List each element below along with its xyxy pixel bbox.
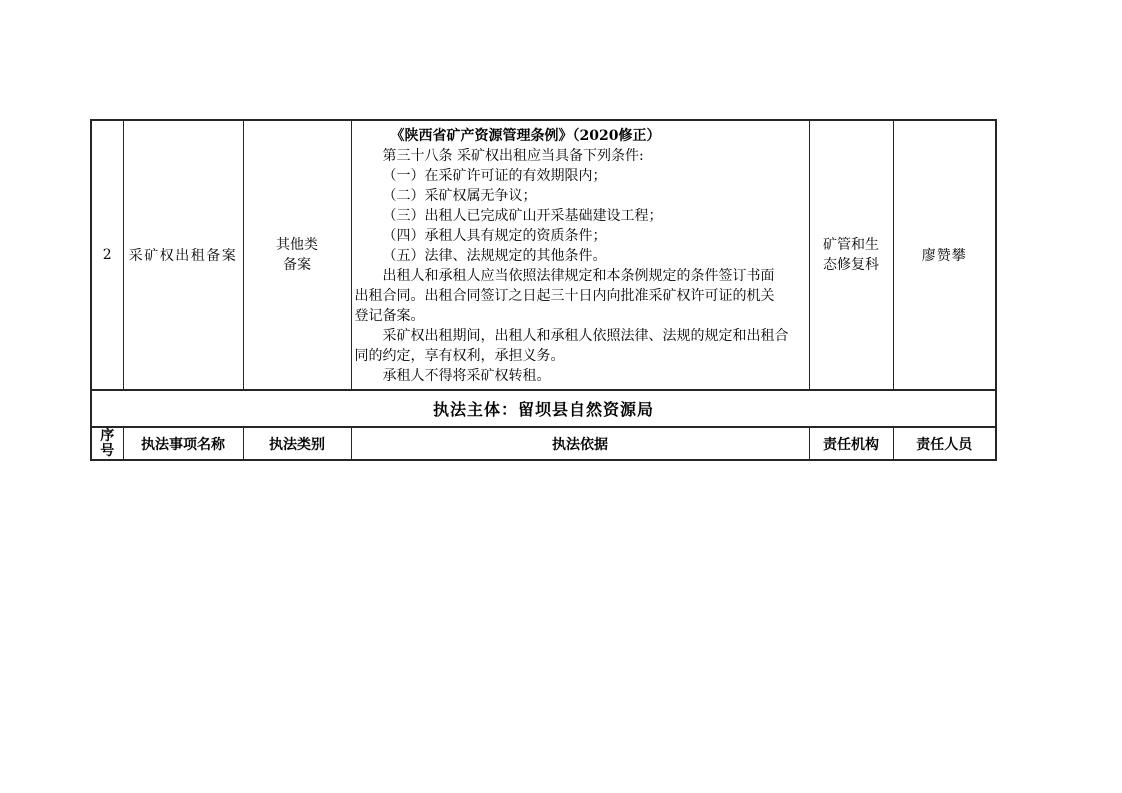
header-item-name: 执法事项名称 [123, 427, 243, 460]
cell-enforcement-category: 其他类 备案 [243, 120, 351, 390]
cell-legal-basis: 《陕西省矿产资源管理条例》（2020修正）第三十八条 采矿权出租应当具备下列条件… [351, 120, 809, 390]
table-row-item-2: 2 采矿权出租备案 其他类 备案 《陕西省矿产资源管理条例》（2020修正）第三… [91, 120, 996, 390]
law-line: 第三十八条 采矿权出租应当具备下列条件: [355, 146, 806, 166]
section-title-row: 执法主体：留坝县自然资源局 [91, 390, 996, 427]
section-title: 执法主体：留坝县自然资源局 [91, 390, 996, 427]
law-line: （三）出租人已完成矿山开采基础建设工程； [355, 206, 806, 226]
header-responsible-department: 责任机构 [809, 427, 893, 460]
header-legal-basis: 执法依据 [351, 427, 809, 460]
law-line: （五）法律、法规规定的其他条件。 [355, 246, 806, 266]
cell-responsible-person: 廖赞攀 [893, 120, 996, 390]
law-line: 出租合同。出租合同签订之日起三十日内向批准采矿权许可证的机关 [355, 286, 806, 306]
table-header-row: 序 号 执法事项名称 执法类别 执法依据 责任机构 责任人员 [91, 427, 996, 460]
law-line: 承租人不得将采矿权转租。 [355, 366, 806, 386]
cell-responsible-department: 矿管和生态修复科 [809, 120, 893, 390]
enforcement-items-table: 2 采矿权出租备案 其他类 备案 《陕西省矿产资源管理条例》（2020修正）第三… [90, 119, 997, 461]
law-text: 《陕西省矿产资源管理条例》（2020修正）第三十八条 采矿权出租应当具备下列条件… [355, 126, 806, 386]
cell-serial-number: 2 [91, 120, 123, 390]
law-line: 采矿权出租期间，出租人和承租人依照法律、法规的规定和出租合 [355, 326, 806, 346]
law-line: （二）采矿权属无争议； [355, 186, 806, 206]
law-line: （一）在采矿许可证的有效期限内； [355, 166, 806, 186]
law-line: 登记备案。 [355, 306, 806, 326]
document-page: 2 采矿权出租备案 其他类 备案 《陕西省矿产资源管理条例》（2020修正）第三… [0, 0, 1122, 793]
law-line: 出租人和承租人应当依照法律规定和本条例规定的条件签订书面 [355, 266, 806, 286]
law-line: 《陕西省矿产资源管理条例》（2020修正） [355, 126, 806, 146]
header-enforcement-category: 执法类别 [243, 427, 351, 460]
header-serial-number: 序 号 [91, 427, 123, 460]
cell-item-name: 采矿权出租备案 [123, 120, 243, 390]
header-responsible-person: 责任人员 [893, 427, 996, 460]
law-line: 同的约定，享有权利，承担义务。 [355, 346, 806, 366]
law-line: （四）承租人具有规定的资质条件； [355, 226, 806, 246]
